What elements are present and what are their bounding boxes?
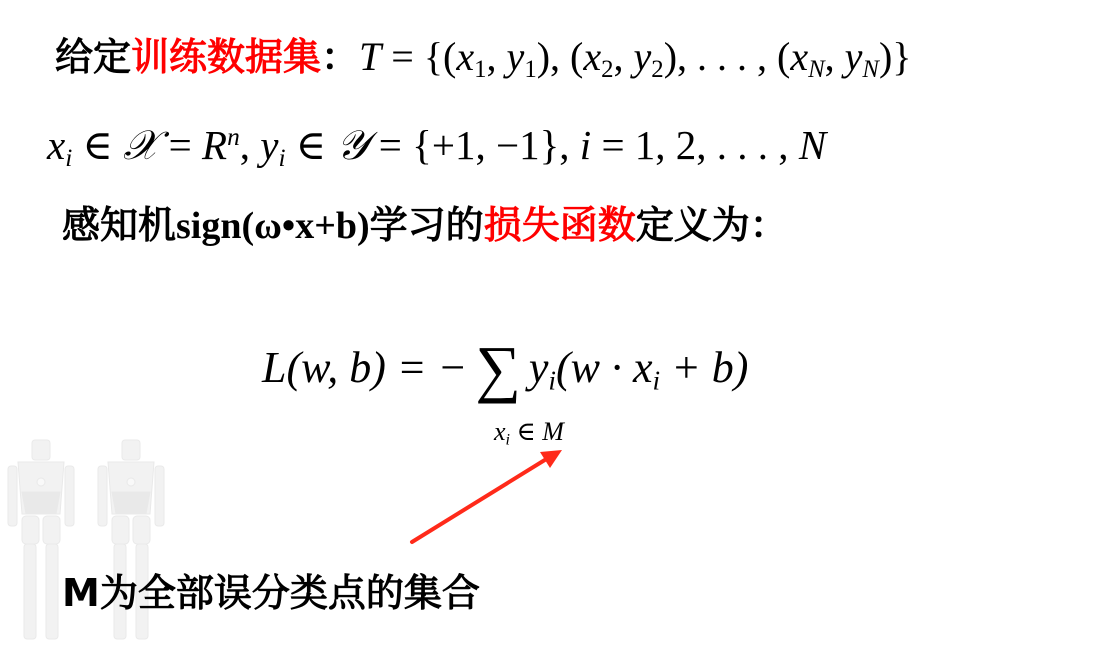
robot-figures-icon [0,432,175,651]
caption-misclassified-set: M为全部误分类点的集合 [62,568,480,618]
training-set-formula: T = {(x1, y1), (x2, y2), . . . , (xN, yN… [359,34,911,79]
label-given: 给定 [55,35,131,79]
training-set-definition: 给定训练数据集：T = {(x1, y1), (x2, y2), . . . ,… [55,32,912,95]
loss-intro: 感知机sign(ω•x+b)学习的损失函数定义为： [62,200,788,251]
colon: ： [321,35,359,79]
sign-function: sign(ω•x+b) [176,205,370,247]
sigma-symbol: ∑ [475,339,521,399]
label-perceptron: 感知机 [62,203,176,247]
loss-formula: L(w, b) = −∑yi(w · xi + b) [262,338,748,411]
label-training-dataset: 训练数据集 [131,35,321,79]
label-defined-as: 定义为： [636,203,788,247]
label-loss-function: 损失函数 [484,203,636,247]
sum-subscript: xi ∈ M [494,417,564,456]
label-learning: 学习的 [370,203,484,247]
domain-definition: xi ∈ 𝒳 = Rn, yi ∈ 𝒴 = {+1, −1}, i = 1, 2… [47,112,826,183]
